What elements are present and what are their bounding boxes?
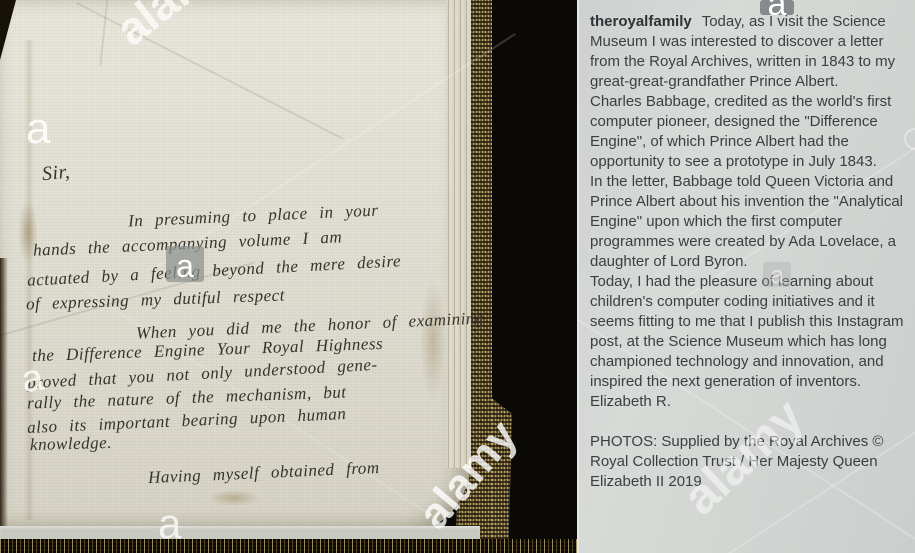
book-edge-shadow — [0, 258, 8, 542]
page-stack-edges — [446, 0, 471, 468]
gilt-book-edge — [470, 0, 492, 539]
caption-panel: theroyalfamilyToday, as I visit the Scie… — [577, 0, 915, 553]
stock-photo: Sir, In presuming to place in your hands… — [0, 0, 915, 553]
caption-paragraph: In the letter, Babbage told Queen Victor… — [590, 172, 910, 272]
page-bottom-edge — [0, 526, 480, 540]
caption-paragraph: theroyalfamilyToday, as I visit the Scie… — [590, 12, 910, 92]
caption-paragraph: Today, I had the pleasure of learning ab… — [590, 272, 910, 392]
woven-binding-band — [0, 539, 577, 553]
handwriting-salutation: Sir, — [41, 161, 71, 186]
photo-credit: PHOTOS: Supplied by the Royal Archives ©… — [590, 432, 910, 492]
username: theroyalfamily — [590, 13, 692, 30]
instagram-caption: theroyalfamilyToday, as I visit the Scie… — [590, 12, 910, 492]
paper-stain — [208, 490, 260, 506]
paper-stain — [420, 280, 446, 400]
caption-paragraph: Charles Babbage, credited as the world's… — [590, 92, 910, 172]
handwriting-line: knowledge. — [30, 433, 112, 455]
caption-signature: Elizabeth R. — [590, 392, 910, 412]
letter-photo: Sir, In presuming to place in your hands… — [0, 0, 577, 553]
